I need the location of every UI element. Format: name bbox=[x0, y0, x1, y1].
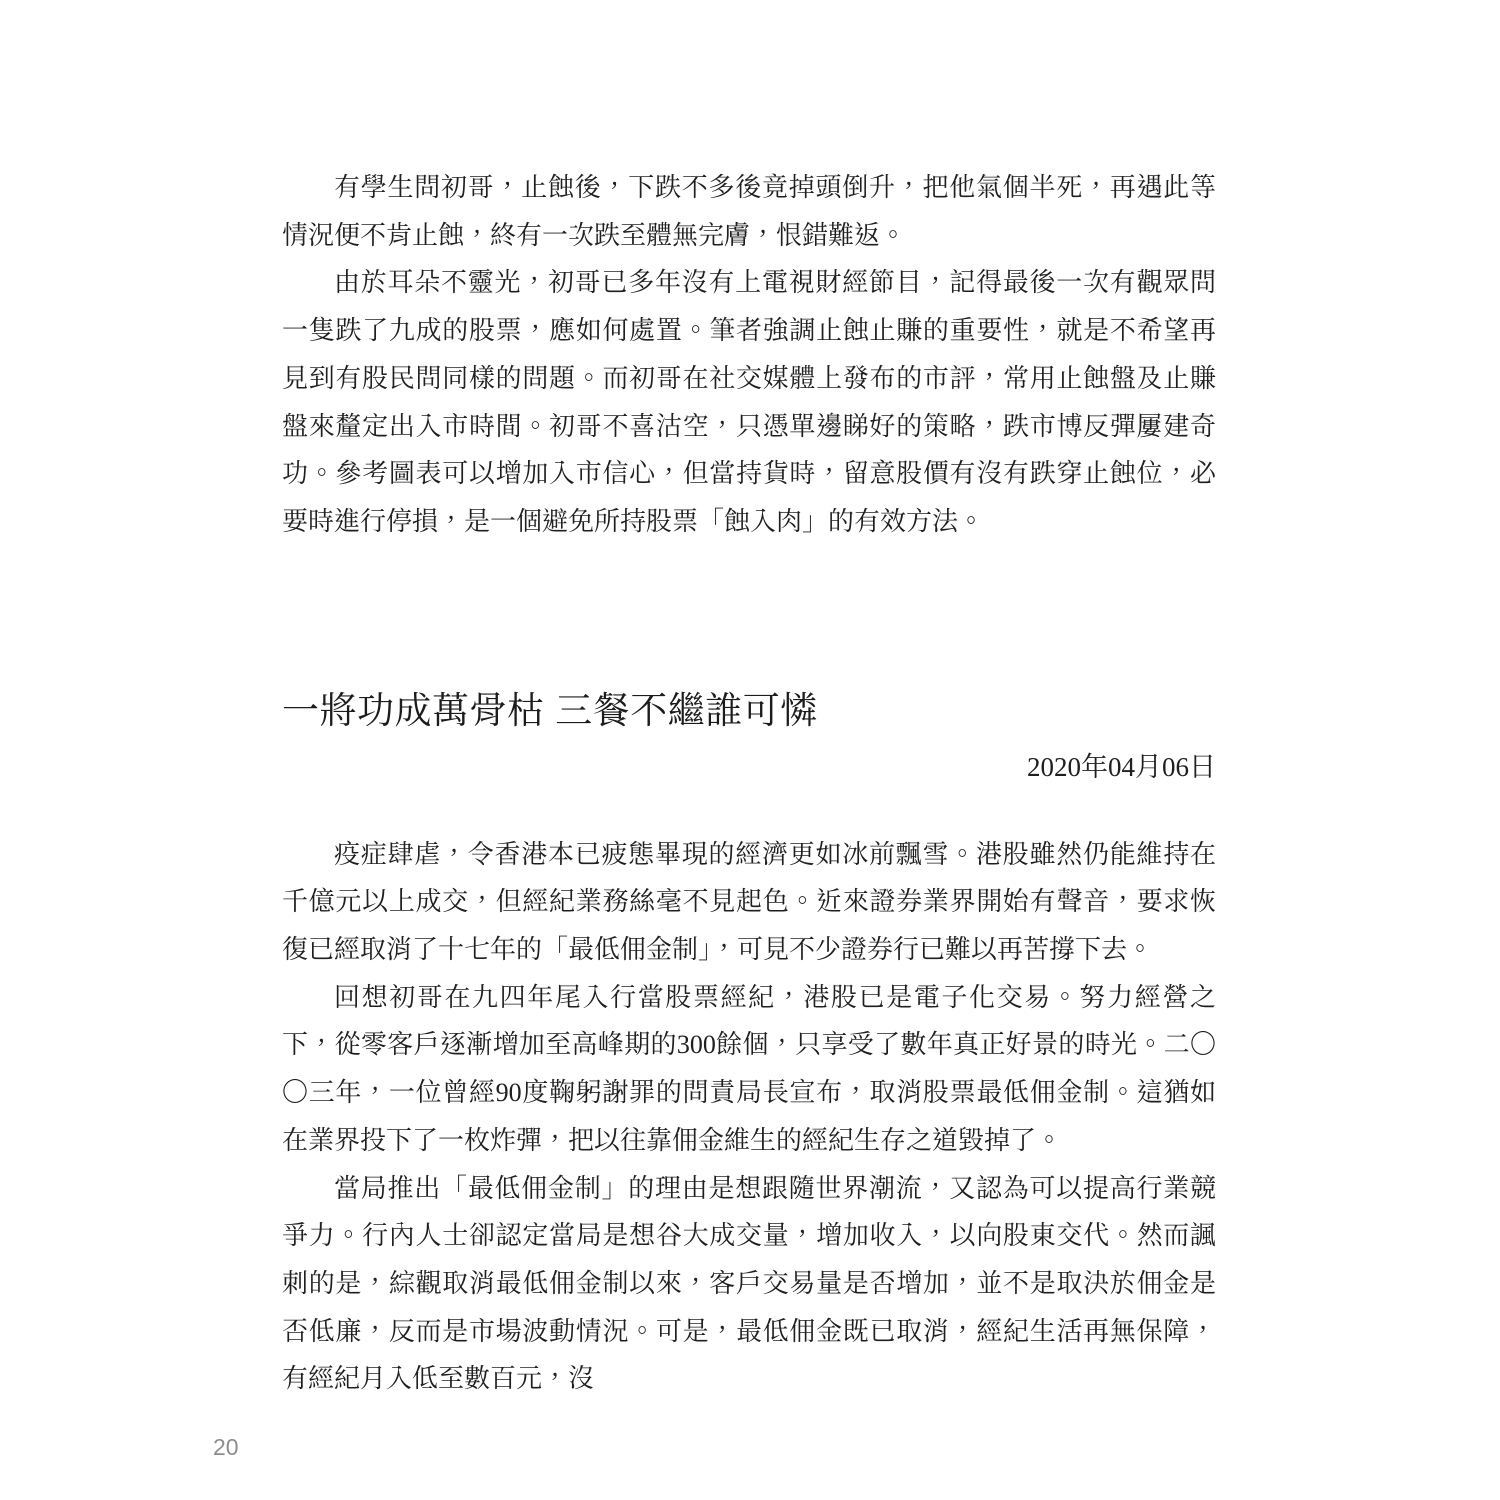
text-block: 有學生問初哥，止蝕後，下跌不多後竟掉頭倒升，把他氣個半死，再遇此等情況便不肯止蝕… bbox=[282, 164, 1216, 1403]
book-page: 有學生問初哥，止蝕後，下跌不多後竟掉頭倒升，把他氣個半死，再遇此等情況便不肯止蝕… bbox=[0, 0, 1500, 1500]
intro-paragraph-2: 由於耳朵不靈光，初哥已多年沒有上電視財經節目，記得最後一次有觀眾問一隻跌了九成的… bbox=[282, 259, 1216, 545]
chapter-date: 2020年04月06日 bbox=[282, 751, 1216, 783]
chapter-paragraph-1: 疫症肆虐，令香港本已疲態畢現的經濟更如冰前飄雪。港股雖然仍能維持在千億元以上成交… bbox=[282, 831, 1216, 974]
intro-paragraph-1: 有學生問初哥，止蝕後，下跌不多後竟掉頭倒升，把他氣個半死，再遇此等情況便不肯止蝕… bbox=[282, 164, 1216, 259]
page-number: 20 bbox=[213, 1434, 239, 1460]
chapter-paragraph-3: 當局推出「最低佣金制」的理由是想跟隨世界潮流，又認為可以提高行業競爭力。行內人士… bbox=[282, 1165, 1216, 1404]
chapter-paragraph-2: 回想初哥在九四年尾入行當股票經紀，港股已是電子化交易。努力經營之下，從零客戶逐漸… bbox=[282, 974, 1216, 1165]
chapter-title: 一將功成萬骨枯 三餐不繼誰可憐 bbox=[282, 689, 1216, 733]
